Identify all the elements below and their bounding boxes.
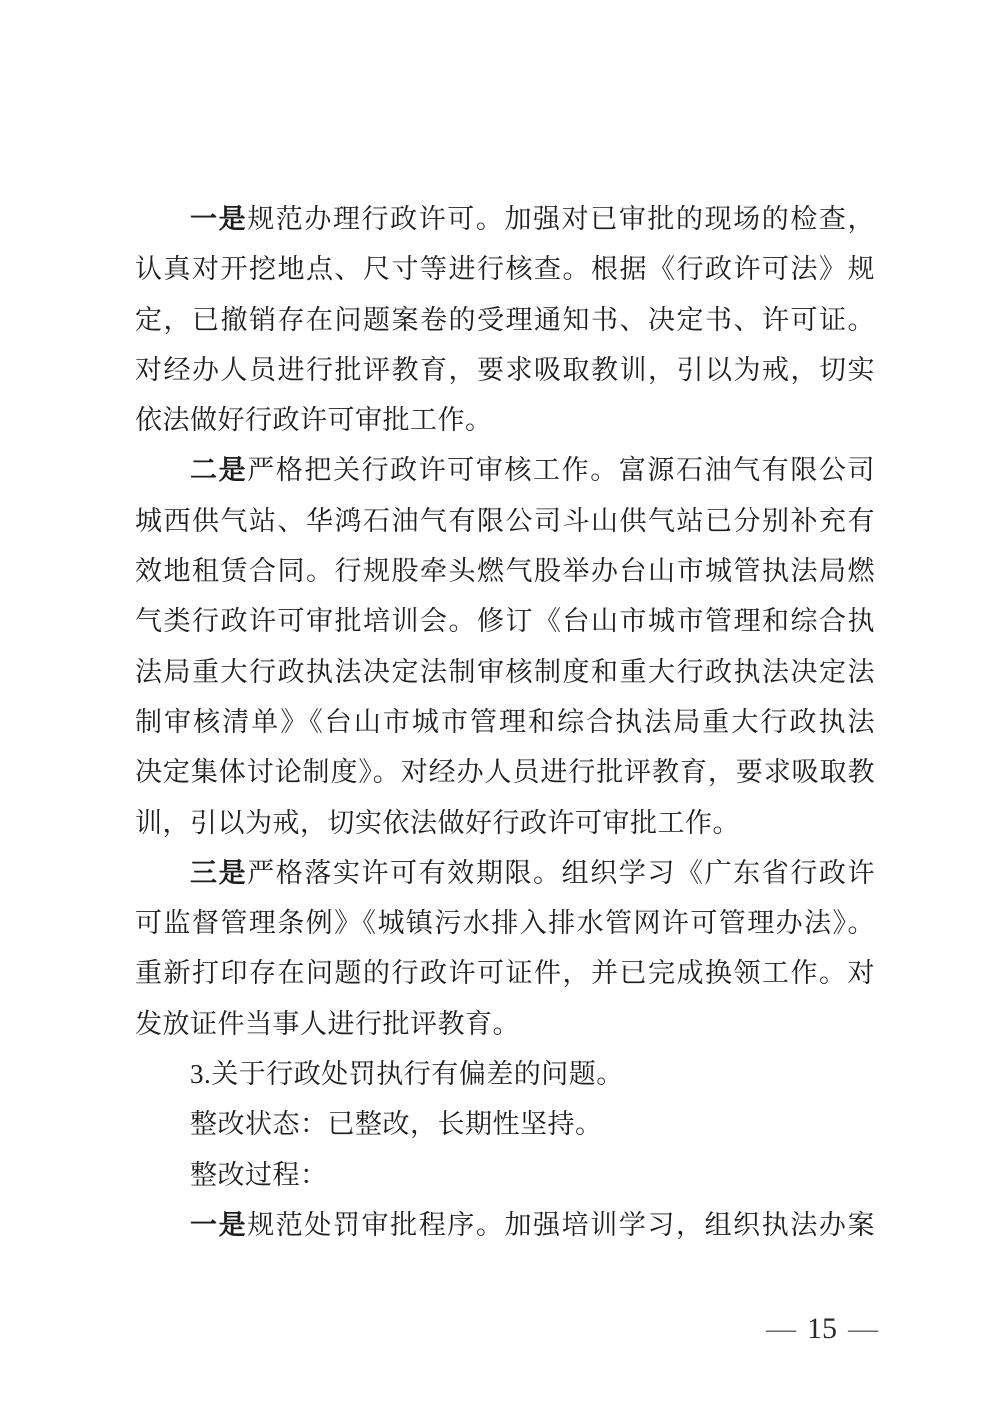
body-line-text: 效地租赁合同。行规股牵头燃气股举办台山市城管执法局燃 xyxy=(135,556,875,586)
page-number: — 15 — xyxy=(766,1312,878,1346)
body-line: 发放证件当事人进行批评教育。 xyxy=(135,999,875,1049)
page-number-dash-left: — xyxy=(766,1312,796,1346)
body-line-text: 制审核清单》《台山市城市管理和综合执法局重大行政执法 xyxy=(135,707,875,737)
body-line-text: 规范办理行政许可。加强对已审批的现场的检查， xyxy=(247,204,875,234)
body-line: 3.关于行政处罚执行有偏差的问题。 xyxy=(135,1049,875,1099)
body-line: 效地租赁合同。行规股牵头燃气股举办台山市城管执法局燃 xyxy=(135,546,875,596)
body-line: 依法做好行政许可审批工作。 xyxy=(135,395,875,445)
body-line-text: 法局重大行政执法决定法制审核制度和重大行政执法决定法 xyxy=(135,657,875,687)
body-line: 认真对开挖地点、尺寸等进行核查。根据《行政许可法》规 xyxy=(135,244,875,294)
body-line: 一是规范处罚审批程序。加强培训学习，组织执法办案 xyxy=(135,1200,875,1250)
body-line: 三是严格落实许可有效期限。组织学习《广东省行政许 xyxy=(135,848,875,898)
page-number-value: 15 xyxy=(807,1312,837,1346)
body-line-text: 定，已撤销存在问题案卷的受理通知书、决定书、许可证。 xyxy=(135,305,875,335)
body-line-text: 整改过程： xyxy=(190,1160,328,1190)
body-line: 城西供气站、华鸿石油气有限公司斗山供气站已分别补充有 xyxy=(135,496,875,546)
body-line-text: 训，引以为戒，切实依法做好行政许可审批工作。 xyxy=(135,808,740,838)
body-line: 训，引以为戒，切实依法做好行政许可审批工作。 xyxy=(135,798,875,848)
body-line: 决定集体讨论制度》。对经办人员进行批评教育，要求吸取教 xyxy=(135,747,875,797)
body-line: 二是严格把关行政许可审核工作。富源石油气有限公司 xyxy=(135,445,875,495)
body-line-text: 重新打印存在问题的行政许可证件，并已完成换领工作。对 xyxy=(135,958,875,988)
body-line: 重新打印存在问题的行政许可证件，并已完成换领工作。对 xyxy=(135,948,875,998)
body-line-text: 对经办人员进行批评教育，要求吸取教训，引以为戒，切实 xyxy=(135,355,875,385)
body-line-text: 决定集体讨论制度》。对经办人员进行批评教育，要求吸取教 xyxy=(135,757,875,787)
body-line: 整改状态：已整改，长期性坚持。 xyxy=(135,1099,875,1149)
body-line: 对经办人员进行批评教育，要求吸取教训，引以为戒，切实 xyxy=(135,345,875,395)
document-page: 一是规范办理行政许可。加强对已审批的现场的检查， 认真对开挖地点、尺寸等进行核查… xyxy=(0,0,1000,1414)
paragraph-lead: 二是 xyxy=(190,455,247,485)
body-line-text: 气类行政许可审批培训会。修订《台山市城市管理和综合执 xyxy=(135,606,875,636)
body-line: 整改过程： xyxy=(135,1150,875,1200)
body-line-text: 可监督管理条例》《城镇污水排入排水管网许可管理办法》。 xyxy=(135,908,875,938)
paragraph-lead: 三是 xyxy=(190,858,247,888)
document-body: 一是规范办理行政许可。加强对已审批的现场的检查， 认真对开挖地点、尺寸等进行核查… xyxy=(135,194,875,1250)
body-line-text: 3.关于行政处罚执行有偏差的问题。 xyxy=(190,1059,624,1089)
body-line: 一是规范办理行政许可。加强对已审批的现场的检查， xyxy=(135,194,875,244)
body-line: 法局重大行政执法决定法制审核制度和重大行政执法决定法 xyxy=(135,647,875,697)
body-line-text: 城西供气站、华鸿石油气有限公司斗山供气站已分别补充有 xyxy=(135,506,875,536)
body-line-text: 发放证件当事人进行批评教育。 xyxy=(135,1009,520,1039)
body-line-text: 整改状态：已整改，长期性坚持。 xyxy=(190,1109,603,1139)
body-line: 制审核清单》《台山市城市管理和综合执法局重大行政执法 xyxy=(135,697,875,747)
paragraph-lead: 一是 xyxy=(190,204,247,234)
body-line: 定，已撤销存在问题案卷的受理通知书、决定书、许可证。 xyxy=(135,295,875,345)
body-line-text: 严格落实许可有效期限。组织学习《广东省行政许 xyxy=(247,858,875,888)
body-line-text: 规范处罚审批程序。加强培训学习，组织执法办案 xyxy=(247,1210,875,1240)
body-line: 可监督管理条例》《城镇污水排入排水管网许可管理办法》。 xyxy=(135,898,875,948)
body-line: 气类行政许可审批培训会。修订《台山市城市管理和综合执 xyxy=(135,596,875,646)
body-line-text: 严格把关行政许可审核工作。富源石油气有限公司 xyxy=(247,455,875,485)
body-line-text: 认真对开挖地点、尺寸等进行核查。根据《行政许可法》规 xyxy=(135,254,875,284)
page-number-dash-right: — xyxy=(848,1312,878,1346)
body-line-text: 依法做好行政许可审批工作。 xyxy=(135,405,493,435)
paragraph-lead: 一是 xyxy=(190,1210,247,1240)
